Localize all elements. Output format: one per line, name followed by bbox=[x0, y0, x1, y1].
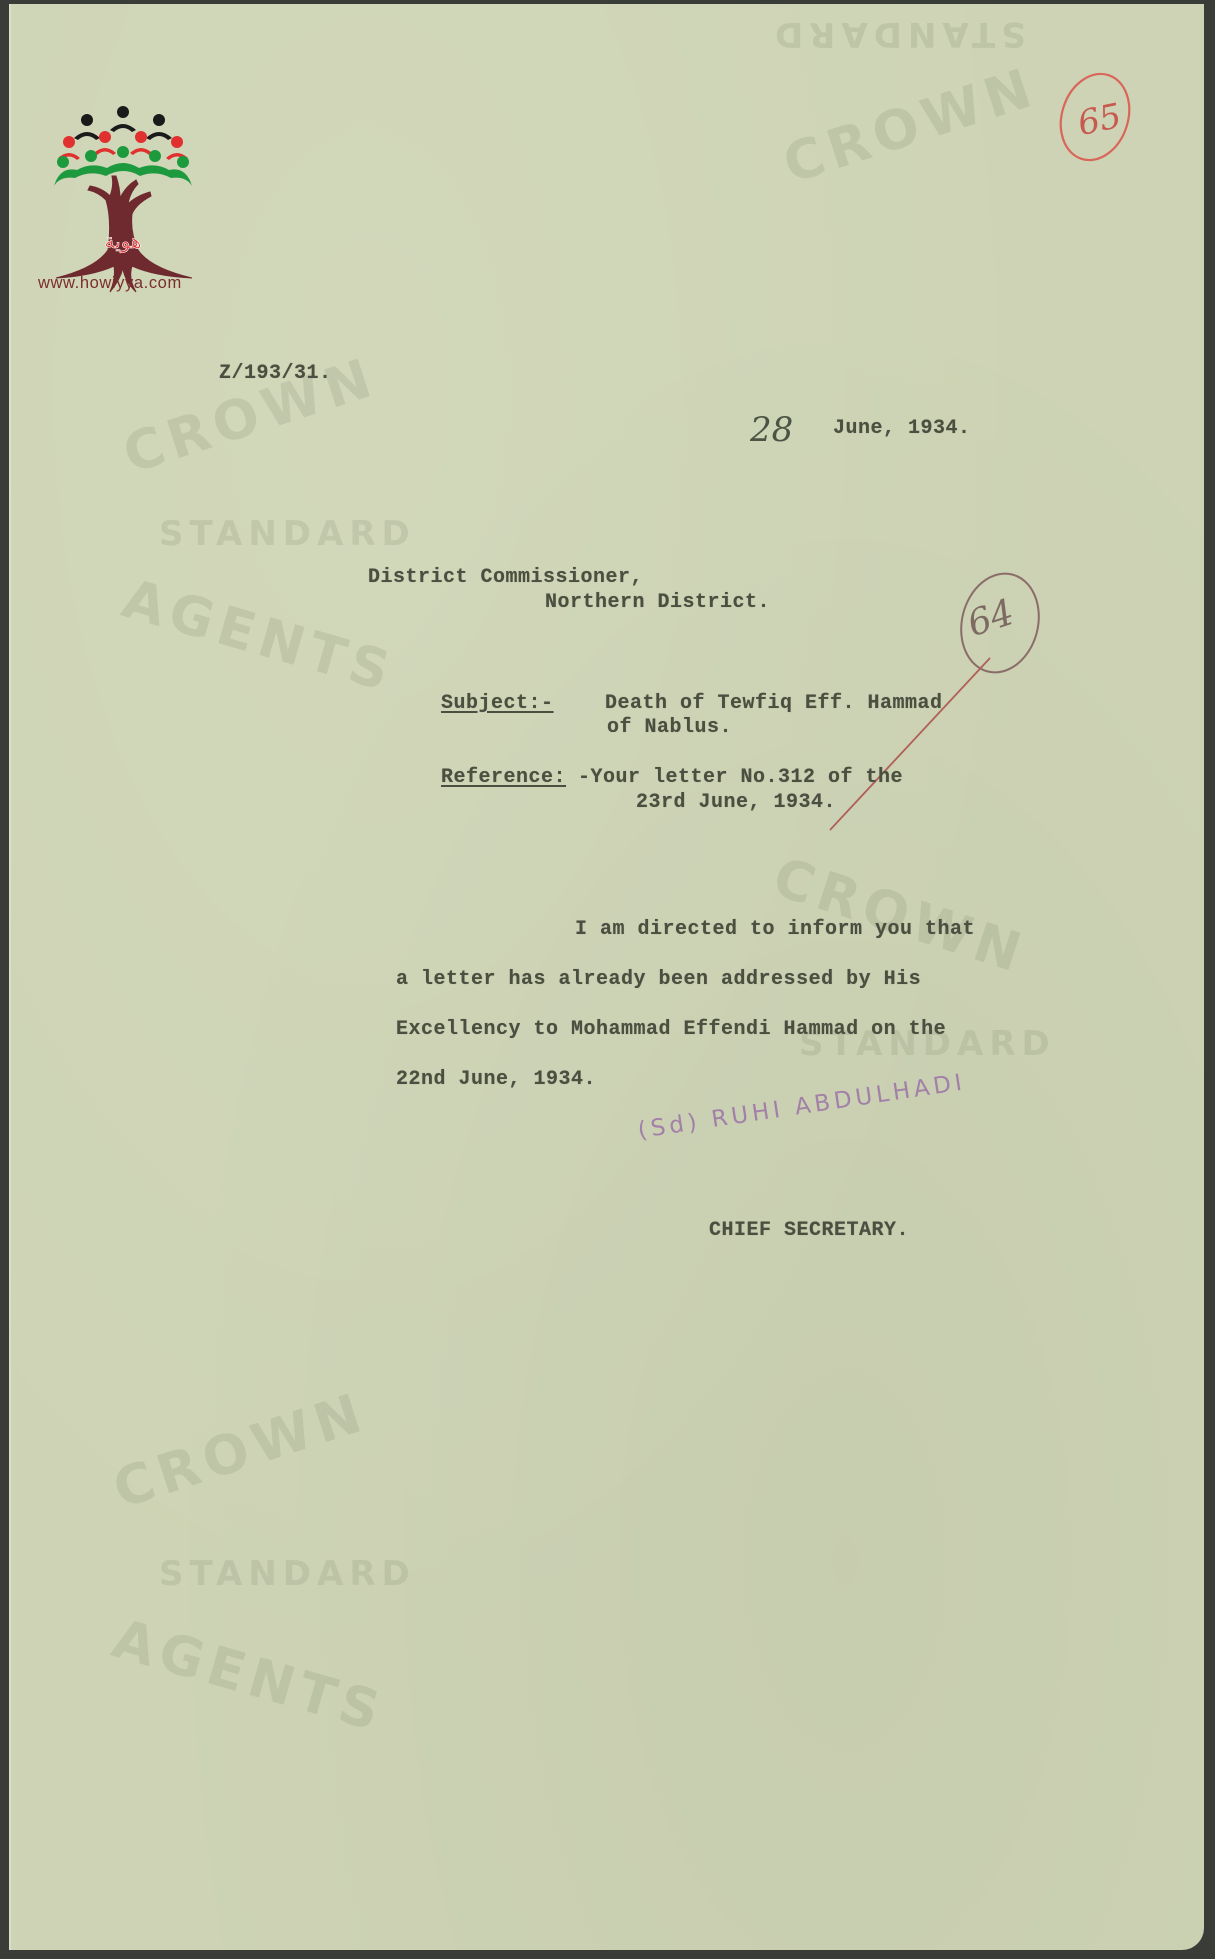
watermark-standard-right: STANDARD bbox=[769, 14, 1026, 54]
body-line-2: a letter has already been addressed by H… bbox=[396, 968, 921, 991]
body-line-3: Excellency to Mohammad Effendi Hammad on… bbox=[396, 1018, 946, 1041]
watermark-crown-mid: CROWN bbox=[766, 845, 1035, 986]
subject-line-2: of Nablus. bbox=[607, 716, 732, 739]
watermark-crown-right: CROWN bbox=[776, 55, 1045, 196]
file-reference: Z/193/31. bbox=[219, 362, 332, 385]
watermark-crown-bottom: CROWN bbox=[106, 1380, 375, 1521]
watermark-standard-top: STANDARD bbox=[159, 514, 416, 554]
logo-site-url: www.howiyya.com bbox=[38, 274, 182, 293]
watermark-agents-top: AGENTS bbox=[116, 567, 402, 705]
logo-arabic-name: هوية bbox=[104, 229, 141, 253]
signatory-title: CHIEF SECRETARY. bbox=[709, 1219, 909, 1242]
reference-line-2: 23rd June, 1934. bbox=[636, 791, 836, 814]
body-line-1: I am directed to inform you that bbox=[575, 918, 975, 941]
watermark-standard-bottom: STANDARD bbox=[159, 1554, 416, 1594]
howiyya-tree-logo-icon: هوية bbox=[36, 100, 211, 300]
watermark-agents-bottom: AGENTS bbox=[106, 1607, 392, 1745]
reference-line-1: -Your letter No.312 of the bbox=[578, 766, 903, 789]
letter-date: June, 1934. bbox=[833, 417, 971, 440]
reference-label: Reference: bbox=[441, 766, 566, 789]
addressee-line-2: Northern District. bbox=[545, 591, 770, 614]
date-day-handwritten: 28 bbox=[750, 410, 793, 450]
subject-line-1: Death of Tewfiq Eff. Hammad bbox=[605, 692, 943, 715]
subject-label: Subject:- bbox=[441, 692, 554, 715]
body-line-4: 22nd June, 1934. bbox=[396, 1068, 596, 1091]
addressee-line-1: District Commissioner, bbox=[368, 566, 643, 589]
